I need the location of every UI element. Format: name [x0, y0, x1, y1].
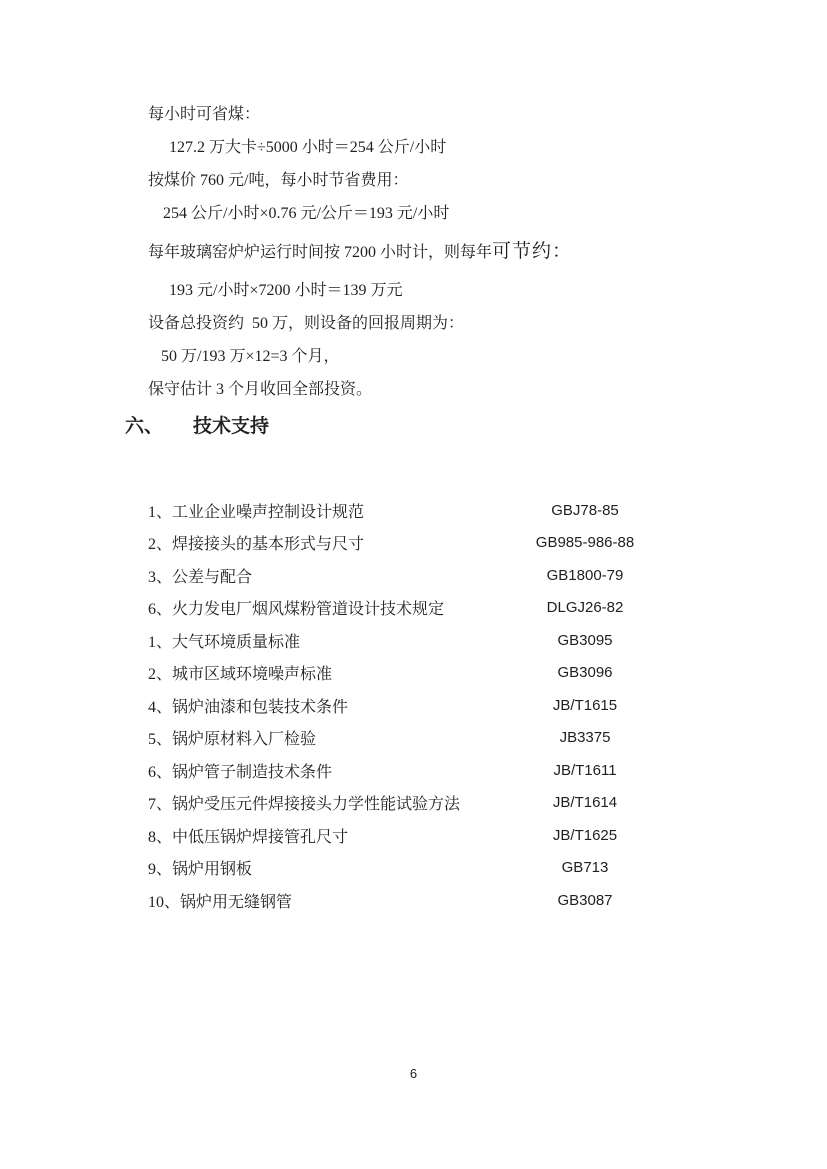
standard-label: 6、锅炉管子制造技术条件: [148, 759, 500, 782]
standard-code: GB3087: [500, 892, 670, 909]
standard-code: JB/T1611: [500, 762, 670, 779]
standard-code: JB/T1625: [500, 827, 670, 844]
standard-label: 2、焊接接头的基本形式与尺寸: [148, 531, 500, 554]
standard-label: 1、工业企业噪声控制设计规范: [148, 499, 500, 522]
savings-line-4: 254 公斤/小时×0.76 元/公斤＝193 元/小时: [148, 203, 698, 225]
standard-code: GBJ78-85: [500, 502, 670, 519]
savings-line-2: 127.2 万大卡÷5000 小时＝254 公斤/小时: [148, 137, 698, 159]
standard-row: 9、锅炉用钢板 GB713: [148, 852, 698, 885]
standard-label: 10、锅炉用无缝钢管: [148, 889, 500, 912]
standards-list: 1、工业企业噪声控制设计规范 GBJ78-85 2、焊接接头的基本形式与尺寸 G…: [148, 494, 698, 917]
savings-line-9: 保守估计 3 个月收回全部投资。: [148, 379, 698, 401]
standard-code: GB3096: [500, 664, 670, 681]
standard-label: 4、锅炉油漆和包装技术条件: [148, 694, 500, 717]
savings-line-8: 50 万/193 万×12=3 个月，: [148, 346, 698, 368]
standard-label: 1、大气环境质量标准: [148, 629, 500, 652]
standard-row: 2、焊接接头的基本形式与尺寸 GB985-986-88: [148, 527, 698, 560]
savings-line-5-text: 每年玻璃窑炉炉运行时间按 7200 小时计，则每年: [148, 244, 492, 261]
standard-row: 8、中低压锅炉焊接管孔尺寸 JB/T1625: [148, 819, 698, 852]
savings-line-1: 每小时可省煤：: [148, 104, 698, 126]
standard-row: 4、锅炉油漆和包装技术条件 JB/T1615: [148, 689, 698, 722]
standard-label: 9、锅炉用钢板: [148, 856, 500, 879]
section-heading-number: 六、: [125, 414, 163, 440]
standard-code: JB/T1614: [500, 794, 670, 811]
standard-code: DLGJ26-82: [500, 599, 670, 616]
standard-label: 3、公差与配合: [148, 564, 500, 587]
document-page: 每小时可省煤： 127.2 万大卡÷5000 小时＝254 公斤/小时 按煤价 …: [0, 0, 827, 1169]
standard-label: 7、锅炉受压元件焊接接头力学性能试验方法: [148, 791, 500, 814]
page-content: 每小时可省煤： 127.2 万大卡÷5000 小时＝254 公斤/小时 按煤价 …: [148, 104, 698, 917]
standard-row: 6、锅炉管子制造技术条件 JB/T1611: [148, 754, 698, 787]
standard-label: 5、锅炉原材料入厂检验: [148, 726, 500, 749]
standard-label: 6、火力发电厂烟风煤粉管道设计技术规定: [148, 596, 500, 619]
page-number: 6: [0, 1066, 827, 1081]
savings-line-5-emphasis: 可节约：: [492, 241, 572, 262]
savings-line-5: 每年玻璃窑炉炉运行时间按 7200 小时计，则每年可节约：: [148, 241, 698, 264]
savings-line-7: 设备总投资约 50 万，则设备的回报周期为：: [148, 313, 698, 335]
standard-code: GB3095: [500, 632, 670, 649]
standard-row: 7、锅炉受压元件焊接接头力学性能试验方法 JB/T1614: [148, 787, 698, 820]
standard-code: GB985-986-88: [500, 534, 670, 551]
section-heading-title: 技术支持: [193, 416, 269, 437]
standard-row: 5、锅炉原材料入厂检验 JB3375: [148, 722, 698, 755]
standard-row: 1、工业企业噪声控制设计规范 GBJ78-85: [148, 494, 698, 527]
standard-code: GB713: [500, 859, 670, 876]
standard-label: 8、中低压锅炉焊接管孔尺寸: [148, 824, 500, 847]
standard-row: 1、大气环境质量标准 GB3095: [148, 624, 698, 657]
standard-row: 6、火力发电厂烟风煤粉管道设计技术规定 DLGJ26-82: [148, 592, 698, 625]
standard-row: 3、公差与配合 GB1800-79: [148, 559, 698, 592]
standard-code: JB3375: [500, 729, 670, 746]
savings-line-3: 按煤价 760 元/吨，每小时节省费用：: [148, 170, 698, 192]
standard-code: GB1800-79: [500, 567, 670, 584]
section-heading: 六、技术支持: [125, 414, 698, 440]
standard-row: 2、城市区域环境噪声标准 GB3096: [148, 657, 698, 690]
standard-code: JB/T1615: [500, 697, 670, 714]
standard-label: 2、城市区域环境噪声标准: [148, 661, 500, 684]
standard-row: 10、锅炉用无缝钢管 GB3087: [148, 884, 698, 917]
savings-line-6: 193 元/小时×7200 小时＝139 万元: [148, 280, 698, 302]
